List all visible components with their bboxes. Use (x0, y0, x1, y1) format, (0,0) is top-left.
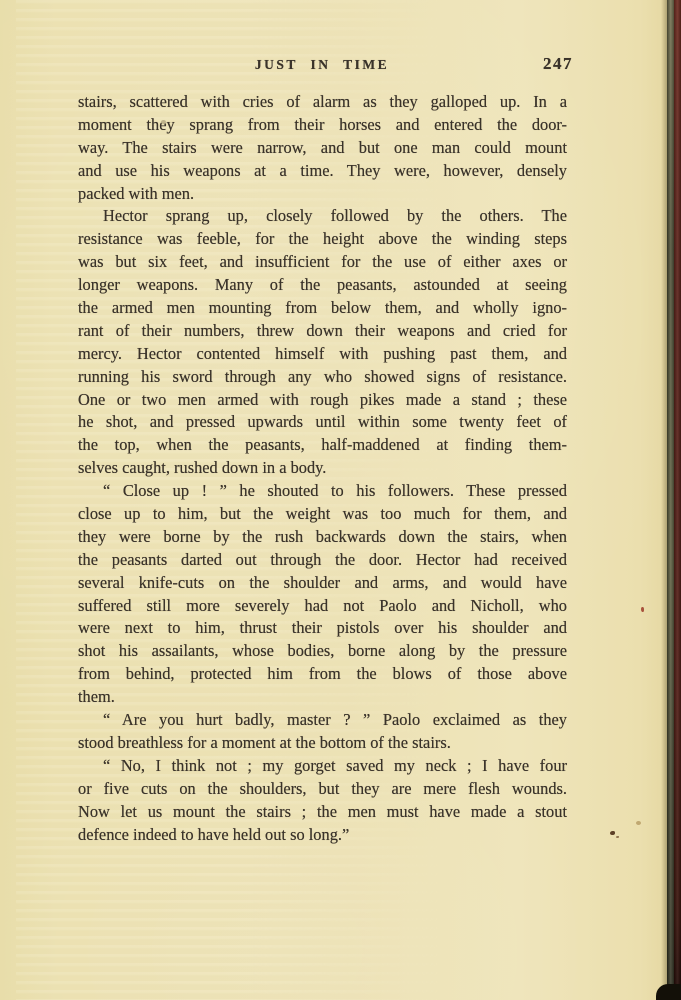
text-line: running his sword through any who showed… (78, 366, 567, 389)
text-line: “ Close up ! ” he shouted to his followe… (78, 480, 567, 503)
text-line: selves caught, rushed down in a body. (78, 457, 567, 480)
paragraph: “ Are you hurt badly, master ? ” Paolo e… (78, 709, 567, 755)
paper-speck (161, 120, 166, 124)
text-line: Now let us mount the stairs ; the men mu… (78, 801, 567, 824)
text-line: moment they sprang from their horses and… (78, 114, 567, 137)
page-header: JUST IN TIME 247 (78, 57, 566, 73)
text-line: or five cuts on the shoulders, but they … (78, 778, 567, 801)
text-line: resistance was feeble, for the height ab… (78, 228, 567, 251)
book-cover-edge (674, 0, 681, 1000)
text-line: stairs, scattered with cries of alarm as… (78, 91, 567, 114)
paper-speck (610, 831, 615, 835)
text-line: the peasants darted out through the door… (78, 549, 567, 572)
text-line: longer weapons. Many of the peasants, as… (78, 274, 567, 297)
text-line: the armed men mounting from below them, … (78, 297, 567, 320)
page-number: 247 (543, 54, 573, 74)
text-line: One or two men armed with rough pikes ma… (78, 389, 567, 412)
page-paper: JUST IN TIME 247 stairs, scattered with … (0, 0, 681, 1000)
corner-shadow (656, 984, 681, 1000)
running-title: JUST IN TIME (78, 57, 566, 73)
text-line: and use his weapons at a time. They were… (78, 160, 567, 183)
text-line: mercy. Hector contented himself with pus… (78, 343, 567, 366)
text-line: them. (78, 686, 567, 709)
paragraph: Hector sprang up, closely followed by th… (78, 205, 567, 480)
text-line: the top, when the peasants, half-maddene… (78, 434, 567, 457)
paragraph: stairs, scattered with cries of alarm as… (78, 91, 567, 205)
paragraph: “ No, I think not ; my gorget saved my n… (78, 755, 567, 847)
text-line: from behind, protected him from the blow… (78, 663, 567, 686)
paper-speck (641, 607, 644, 612)
text-line: rant of their numbers, threw down their … (78, 320, 567, 343)
text-line: suffered still more severely had not Pao… (78, 595, 567, 618)
text-line: stood breathless for a moment at the bot… (78, 732, 567, 755)
text-line: were next to him, thrust their pistols o… (78, 617, 567, 640)
body-text: stairs, scattered with cries of alarm as… (78, 91, 567, 846)
paragraph: “ Close up ! ” he shouted to his followe… (78, 480, 567, 709)
paper-speck (636, 821, 641, 825)
text-line: they were borne by the rush backwards do… (78, 526, 567, 549)
text-line: packed with men. (78, 183, 567, 206)
text-line: “ Are you hurt badly, master ? ” Paolo e… (78, 709, 567, 732)
text-line: way. The stairs were narrow, and but one… (78, 137, 567, 160)
text-line: shot his assailants, whose bodies, borne… (78, 640, 567, 663)
text-line: he shot, and pressed upwards until withi… (78, 411, 567, 434)
text-line: defence indeed to have held out so long.… (78, 824, 567, 847)
text-line: close up to him, but the weight was too … (78, 503, 567, 526)
text-line: “ No, I think not ; my gorget saved my n… (78, 755, 567, 778)
text-line: several knife-cuts on the shoulder and a… (78, 572, 567, 595)
text-line: was but six feet, and insufficient for t… (78, 251, 567, 274)
scanned-book-page: JUST IN TIME 247 stairs, scattered with … (0, 0, 681, 1000)
text-line: Hector sprang up, closely followed by th… (78, 205, 567, 228)
